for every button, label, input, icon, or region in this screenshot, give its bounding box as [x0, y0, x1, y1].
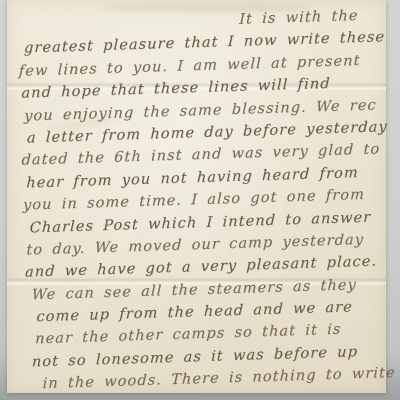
- letter-body: It is with the greatest pleasure that I …: [7, 4, 398, 396]
- photo-background: It is with the greatest pleasure that I …: [0, 0, 400, 400]
